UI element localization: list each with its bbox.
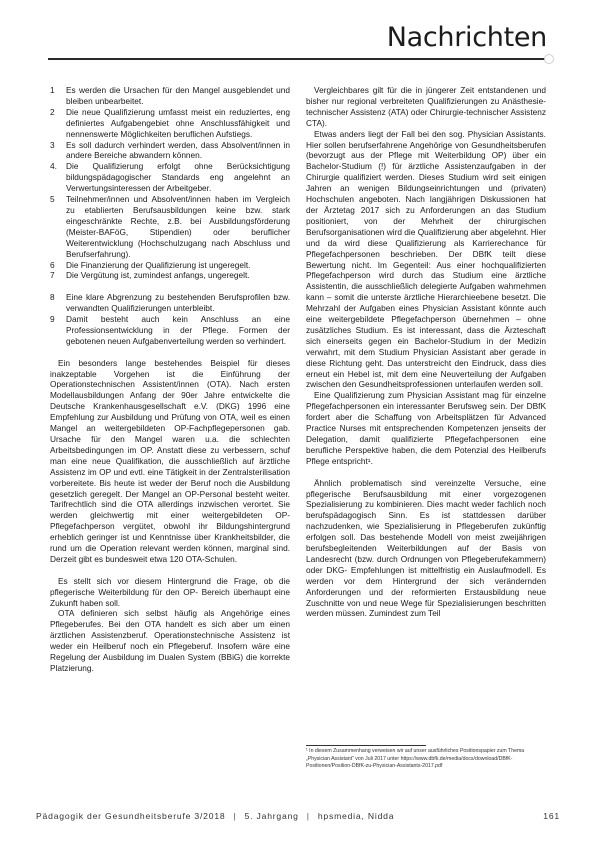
spacer xyxy=(50,281,290,292)
list-item: 1Es werden die Ursachen für den Mangel a… xyxy=(50,85,290,107)
list-item: 9Damit besteht auch kein Anschluss an ei… xyxy=(50,314,290,347)
body-paragraph: Ein besonders lange bestehendes Beispiel… xyxy=(50,358,290,565)
list-text: Es soll dadurch verhindert werden, dass … xyxy=(66,140,290,162)
problem-list: 1Es werden die Ursachen für den Mangel a… xyxy=(50,85,290,281)
list-item: 2Die neue Qualifizierung umfasst meist e… xyxy=(50,107,290,140)
list-number: 5 xyxy=(50,194,66,259)
body-paragraph: Eine Qualifizierung zum Physician Assist… xyxy=(306,390,546,466)
body-paragraph: Es stellt sich vor diesem Hintergrund di… xyxy=(50,576,290,609)
body-paragraph: Vergleichbares gilt für die in jüngerer … xyxy=(306,85,546,129)
list-number: 1 xyxy=(50,85,66,107)
list-number: 8 xyxy=(50,292,66,314)
body-paragraph: Etwas anders liegt der Fall bei den sog.… xyxy=(306,129,546,391)
list-number: 6 xyxy=(50,260,66,271)
body-paragraph: Ähnlich problematisch sind vereinzelte V… xyxy=(306,478,546,620)
list-text: Damit besteht auch kein Anschluss an ein… xyxy=(66,314,290,347)
spacer xyxy=(306,467,546,478)
list-number: 2 xyxy=(50,107,66,140)
left-column: 1Es werden die Ursachen für den Mangel a… xyxy=(50,85,290,674)
list-item: 4.Die Qualifizierung erfolgt ohne Berück… xyxy=(50,161,290,194)
problem-list-continued: 8Eine klare Abgrenzung zu bestehenden Be… xyxy=(50,292,290,347)
list-item: 5Teilnehmer/innen und Absolvent/innen ha… xyxy=(50,194,290,259)
list-text: Die Qualifizierung erfolgt ohne Berücksi… xyxy=(66,161,290,194)
right-column: Vergleichbares gilt für die in jüngerer … xyxy=(306,85,546,619)
list-number: 4. xyxy=(50,161,66,194)
footnote-divider xyxy=(306,745,426,746)
publisher: hpsmedia, Nidda xyxy=(318,811,395,821)
list-number: 9 xyxy=(50,314,66,347)
list-text: Die Vergütung ist, zumindest anfangs, un… xyxy=(66,270,290,281)
header-divider xyxy=(48,58,545,60)
journal-title: Pädagogik der Gesundheitsberufe 3/2018 xyxy=(36,811,226,821)
list-text: Eine klare Abgrenzung zu bestehenden Ber… xyxy=(66,292,290,314)
list-text: Die Finanzierung der Qualifizierung ist … xyxy=(66,260,290,271)
list-text: Teilnehmer/innen und Absolvent/innen hab… xyxy=(66,194,290,259)
list-number: 3 xyxy=(50,140,66,162)
spacer xyxy=(50,347,290,358)
page-footer: Pädagogik der Gesundheitsberufe 3/2018 |… xyxy=(36,811,560,821)
list-text: Die neue Qualifizierung umfasst meist ei… xyxy=(66,107,290,140)
list-number: 7 xyxy=(50,270,66,281)
header-rule-end-circle-icon xyxy=(544,54,554,64)
list-item: 8Eine klare Abgrenzung zu bestehenden Be… xyxy=(50,292,290,314)
body-paragraph: OTA definieren sich selbst häufig als An… xyxy=(50,608,290,673)
page-number: 161 xyxy=(543,811,560,821)
spacer xyxy=(50,565,290,576)
list-item: 7Die Vergütung ist, zumindest anfangs, u… xyxy=(50,270,290,281)
list-item: 6Die Finanzierung der Qualifizierung ist… xyxy=(50,260,290,271)
footer-separator: | xyxy=(234,811,237,821)
volume: 5. Jahrgang xyxy=(245,811,299,821)
list-item: 3Es soll dadurch verhindert werden, dass… xyxy=(50,140,290,162)
list-text: Es werden die Ursachen für den Mangel au… xyxy=(66,85,290,107)
footnote: ¹ In diesem Zusammenhang verweisen wir a… xyxy=(306,748,546,771)
footer-separator: | xyxy=(307,811,310,821)
section-title: Nachrichten xyxy=(387,22,547,53)
